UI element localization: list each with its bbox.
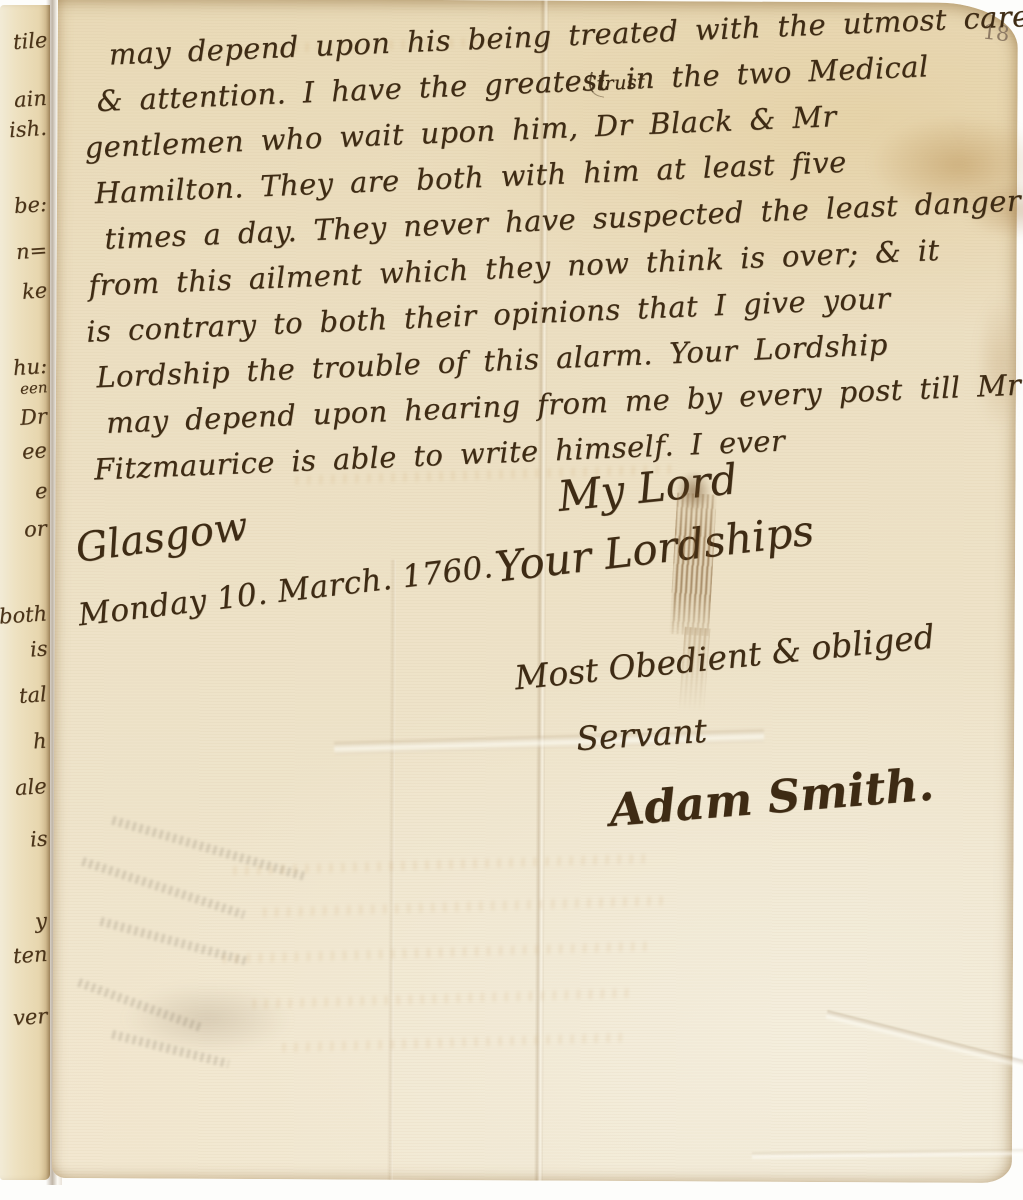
- facing-page-fragment: ain: [13, 86, 47, 112]
- facing-page-fragment: ten: [12, 942, 48, 968]
- facing-page-fragment: is: [29, 636, 48, 661]
- closing-servant: Servant: [575, 711, 708, 758]
- signature-adam-smith: Adam Smith.: [607, 758, 935, 837]
- horizontal-crease: [752, 1149, 1023, 1161]
- horizontal-crease: [825, 1010, 1023, 1081]
- facing-page-fragment: een: [19, 378, 48, 398]
- facing-page-fragment: or: [24, 516, 48, 542]
- manuscript-photo: tile ain ish. be: n= ke hu: een Dr ee e …: [0, 0, 1023, 1200]
- show-through: [282, 1033, 622, 1052]
- facing-page-fragment: tal: [19, 682, 48, 708]
- facing-page-fragment: ale: [15, 774, 48, 800]
- smudge-streak: [100, 917, 247, 965]
- facing-page-edge: tile ain ish. be: n= ke hu: een Dr ee e …: [0, 5, 50, 1180]
- vertical-fold-crease: [387, 560, 396, 1180]
- facing-page-fragment: hu:: [12, 354, 48, 380]
- show-through: [253, 988, 633, 1008]
- show-through: [223, 942, 653, 964]
- letter-page: 18 may depend upon his being treated wit…: [52, 0, 1018, 1183]
- smudge-streak: [111, 816, 305, 881]
- letter-body: may depend upon his being treated with t…: [94, 0, 1023, 492]
- smudge-streak: [81, 857, 245, 919]
- closing-most-obedient: Most Obedient & obliged: [513, 617, 937, 698]
- dateline-place: Glasgow: [73, 503, 251, 572]
- facing-page-fragment: n=: [15, 238, 48, 264]
- facing-page-fragment: ee: [21, 438, 47, 464]
- show-through: [233, 854, 653, 875]
- facing-page-fragment: both: [0, 601, 48, 628]
- facing-page-fragment: ver: [12, 1004, 48, 1030]
- closing-your-lordships: Your Lordships: [492, 506, 816, 592]
- facing-page-fragment: Dr: [19, 404, 47, 430]
- smudge-streak: [111, 1030, 230, 1068]
- facing-page-fragment: tile: [12, 28, 48, 54]
- facing-page-fragment: ish.: [9, 116, 48, 143]
- show-through: [263, 896, 663, 917]
- facing-page-fragment: ke: [21, 278, 48, 304]
- facing-page-fragment: is: [29, 826, 48, 851]
- smudge-streak: [77, 978, 202, 1032]
- facing-page-fragment: be:: [13, 192, 48, 218]
- smudge-patch: [122, 983, 292, 1054]
